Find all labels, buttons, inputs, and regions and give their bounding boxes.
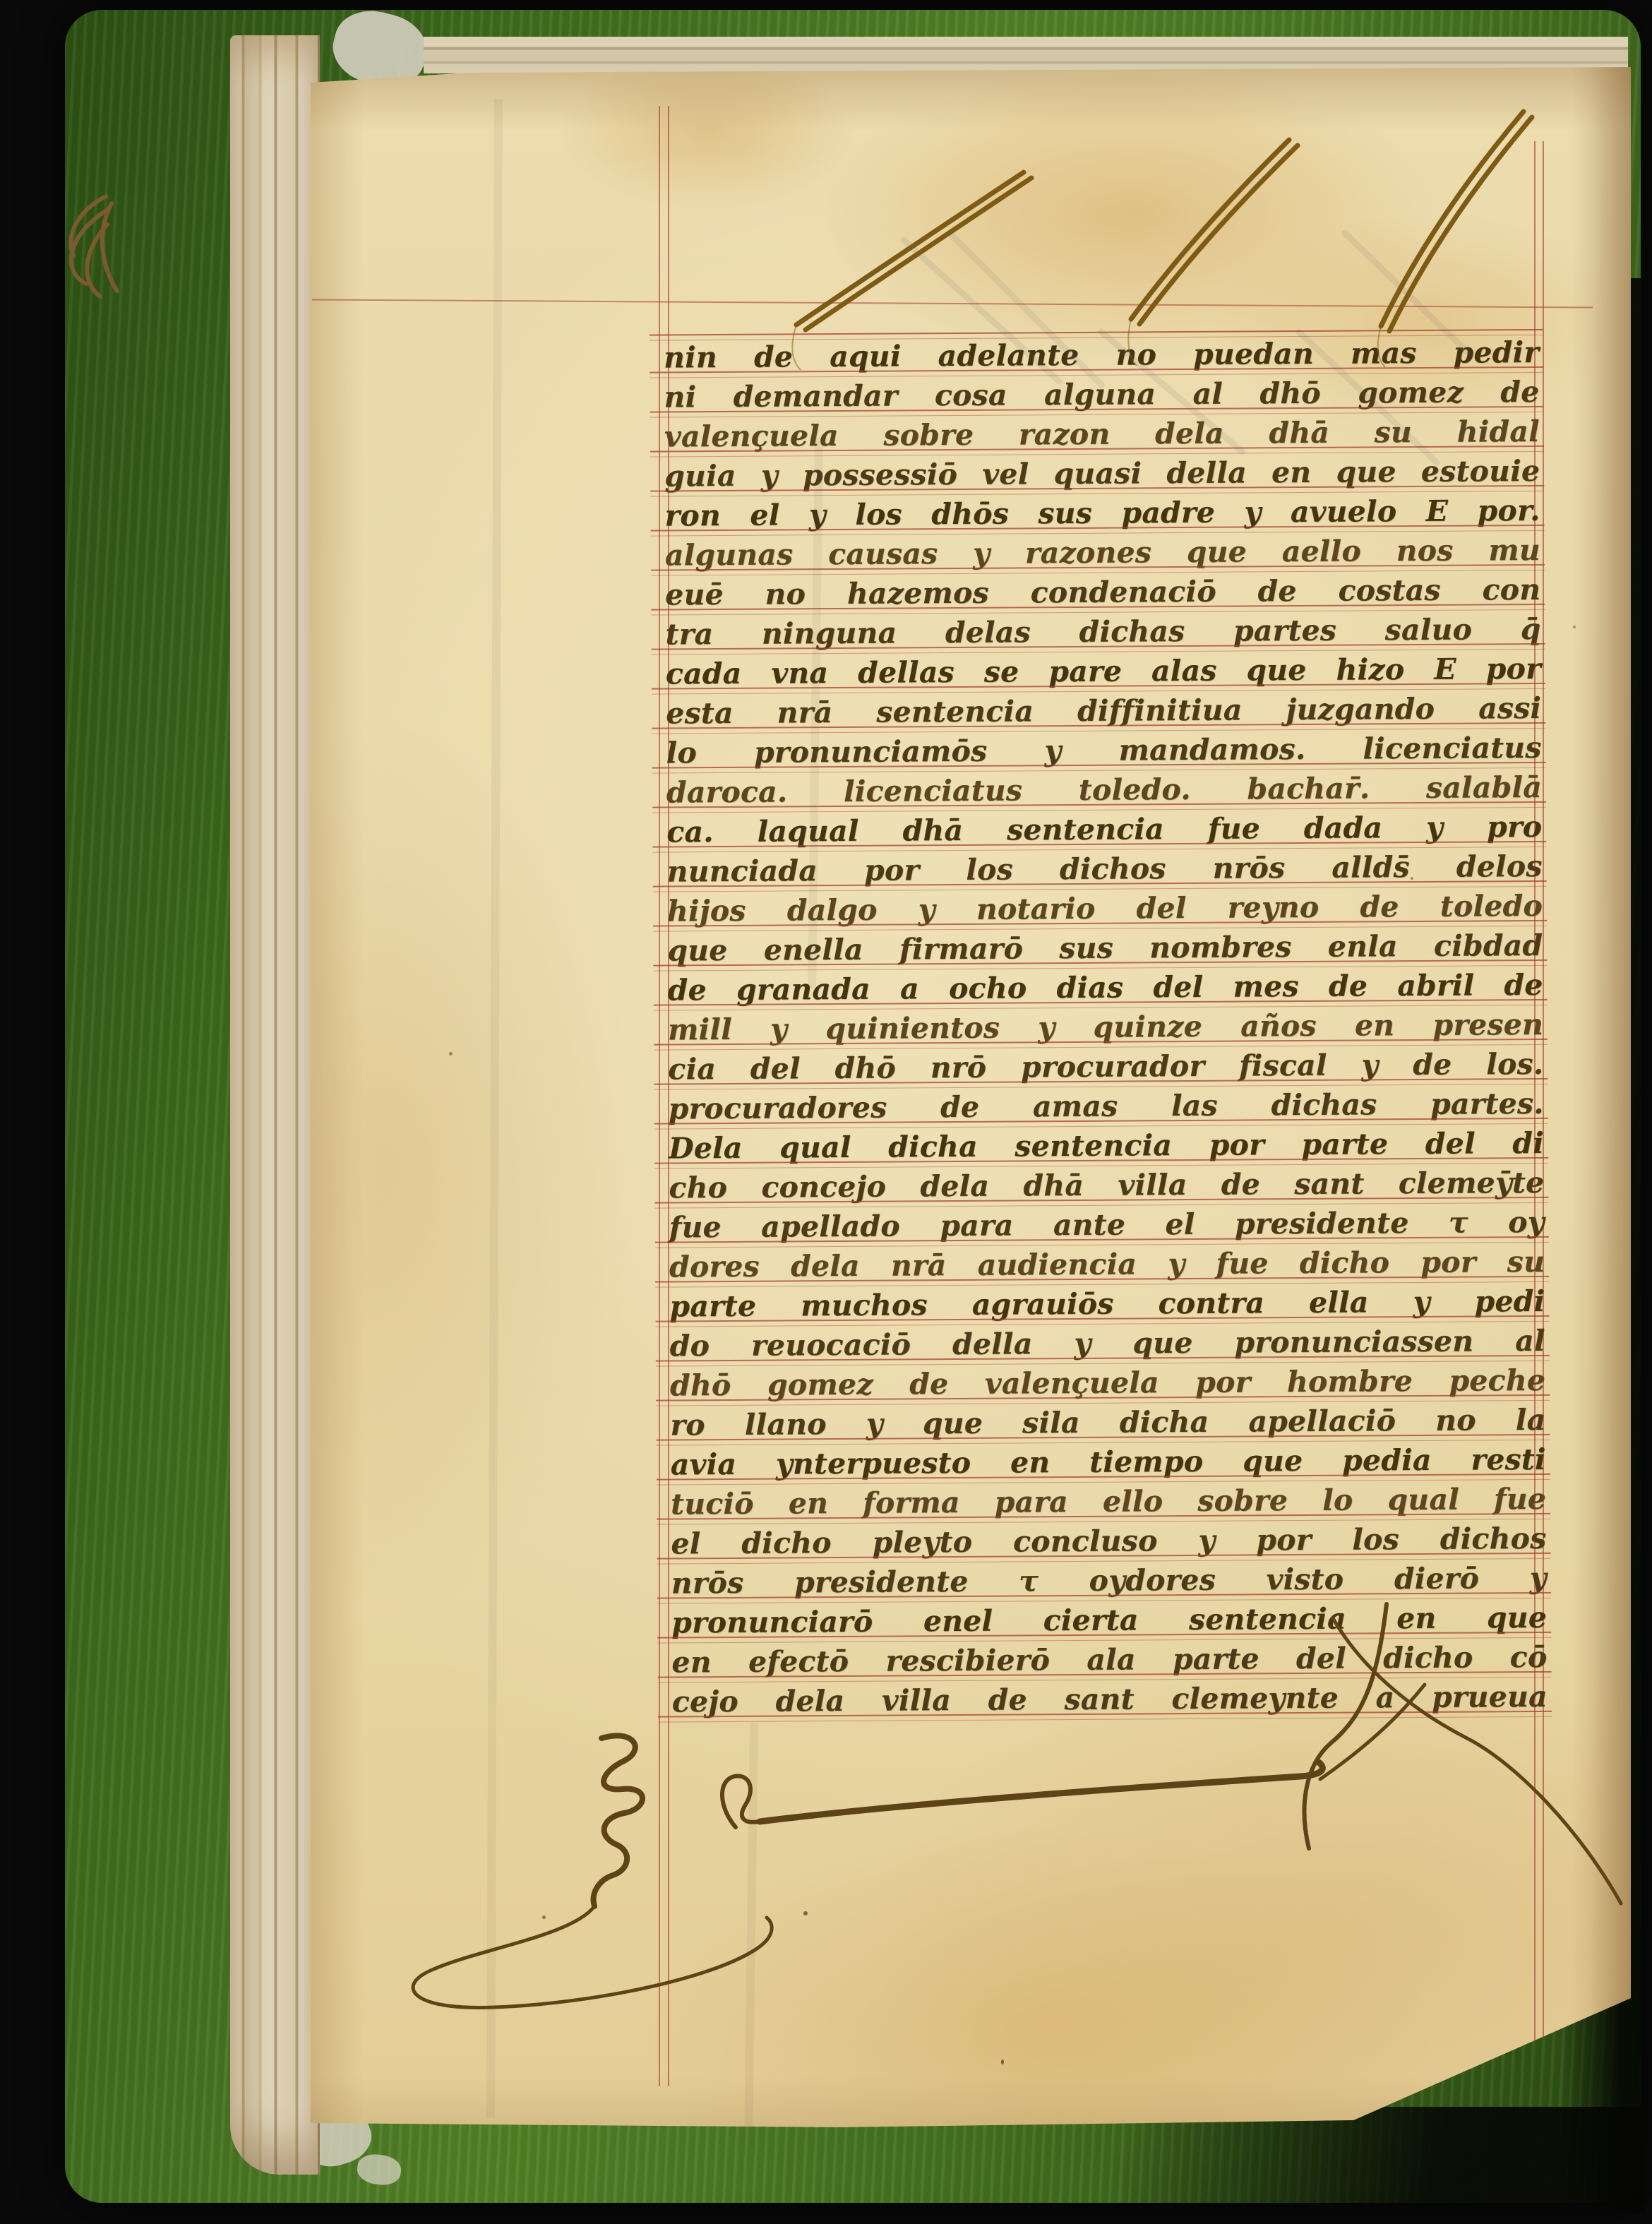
left-margin-rule-2 <box>668 106 669 2086</box>
manuscript-text-line: cada vna dellas se pare alas que hizo E … <box>666 650 1541 695</box>
manuscript-text-line: cho concejo dela dhā villa de sant cleme… <box>669 1164 1544 1209</box>
manuscript-text-line: parte muchos agrauiōs contra ella y pedi <box>669 1282 1545 1327</box>
page-stack-left-edges <box>230 35 320 2175</box>
manuscript-text-line: euē no hazemos condenaciō de costas con <box>665 570 1540 616</box>
ink-speck <box>449 1052 453 1056</box>
manuscript-text-line: ro llano y que sila dicha apellaciō no l… <box>670 1401 1545 1446</box>
parchment-page: nin de aqui adelante no puedan mas pedir… <box>311 67 1631 2182</box>
manuscript-text-line: dores dela nrā audiencia y fue dicho por… <box>669 1243 1545 1288</box>
manuscript-text-line: nrōs presidente τ oydores visto dierō y <box>671 1559 1547 1604</box>
manuscript-text-line: pronunciarō enel cierta sentencia en que <box>671 1598 1547 1644</box>
manuscript-text-line: hijos dalgo y notario del reyno de toled… <box>667 887 1543 932</box>
manuscript-text-line: ni demandar cosa alguna al dhō gomez de <box>664 373 1539 418</box>
manuscript-text-line: algunas causas y razones que aello nos m… <box>665 531 1540 576</box>
manuscript-text-line: cejo dela villa de sant clemeynte a prue… <box>672 1678 1548 1723</box>
top-margin-rule <box>312 299 1593 308</box>
ink-speck <box>1573 626 1576 628</box>
manuscript-text-line: en efectō rescibierō ala parte del dicho… <box>671 1638 1547 1683</box>
manuscript-text-line: lo pronunciamōs y mandamos. licenciatus <box>666 729 1541 774</box>
manuscript-text-line: tra ninguna delas dichas partes saluo q̄ <box>665 610 1540 655</box>
manuscript-text-line: dhō gomez de valençuela por hombre peche <box>670 1361 1545 1406</box>
manuscript-text-line: nin de aqui adelante no puedan mas pedir <box>664 333 1539 378</box>
manuscript-photo: { "book": { "cover_color": "#4a7a24", "p… <box>0 0 1652 2224</box>
manuscript-text-line: valençuela sobre razon dela dhā su hidal <box>664 412 1540 458</box>
manuscript-text-line: de granada a ocho dias del mes de abril … <box>667 966 1543 1011</box>
manuscript-text-line: que enella firmarō sus nombres enla cibd… <box>667 926 1543 971</box>
ink-speck <box>803 1911 808 1915</box>
manuscript-text-line: daroca. licenciatus toledo. bachar̄. sal… <box>666 768 1542 813</box>
manuscript-text-line: cia del dhō nrō procurador fiscal y de l… <box>668 1045 1543 1090</box>
right-margin-rule-1 <box>1534 141 1536 2086</box>
manuscript-text-line: procuradores de amas las dichas partes. <box>669 1084 1544 1130</box>
right-margin-rule-2 <box>1543 141 1544 2086</box>
manuscript-text-line: fue apellado para ante el presidente τ o… <box>669 1203 1545 1248</box>
manuscript-text-line: tuciō en forma para ello sobre lo qual f… <box>671 1480 1546 1525</box>
manuscript-text-line: el dicho pleyto concluso y por los dicho… <box>671 1519 1546 1565</box>
manuscript-text-line: esta nrā sentencia diffinitiua juzgando … <box>666 689 1541 734</box>
manuscript-text-line: mill y quinientos y quinze años en prese… <box>668 1005 1543 1051</box>
manuscript-text-line: ron el y los dhōs sus padre y avuelo E p… <box>664 491 1540 537</box>
ink-speck <box>1001 2059 1004 2064</box>
left-margin-rule-1 <box>659 106 660 2086</box>
page-stack-top-edges <box>424 37 1628 73</box>
manuscript-text-line: ca. laqual dhā sentencia fue dada y pro <box>666 808 1542 853</box>
ink-speck <box>1411 877 1413 880</box>
manuscript-text-line: avia ynterpuesto en tiempo que pedia res… <box>671 1440 1546 1485</box>
manuscript-text-block: nin de aqui adelante no puedan mas pedir… <box>664 333 1548 1723</box>
manuscript-text-line: nunciada por los dichos nrōs allds̄ delo… <box>666 847 1542 892</box>
manuscript-text-line: guia y possessiō vel quasi della en que … <box>664 452 1540 497</box>
manuscript-text-line: Dela qual dicha sentencia por parte del … <box>669 1124 1544 1169</box>
ink-speck <box>542 1915 546 1919</box>
manuscript-text-line: do reuocaciō della y que pronunciassen a… <box>670 1322 1545 1367</box>
